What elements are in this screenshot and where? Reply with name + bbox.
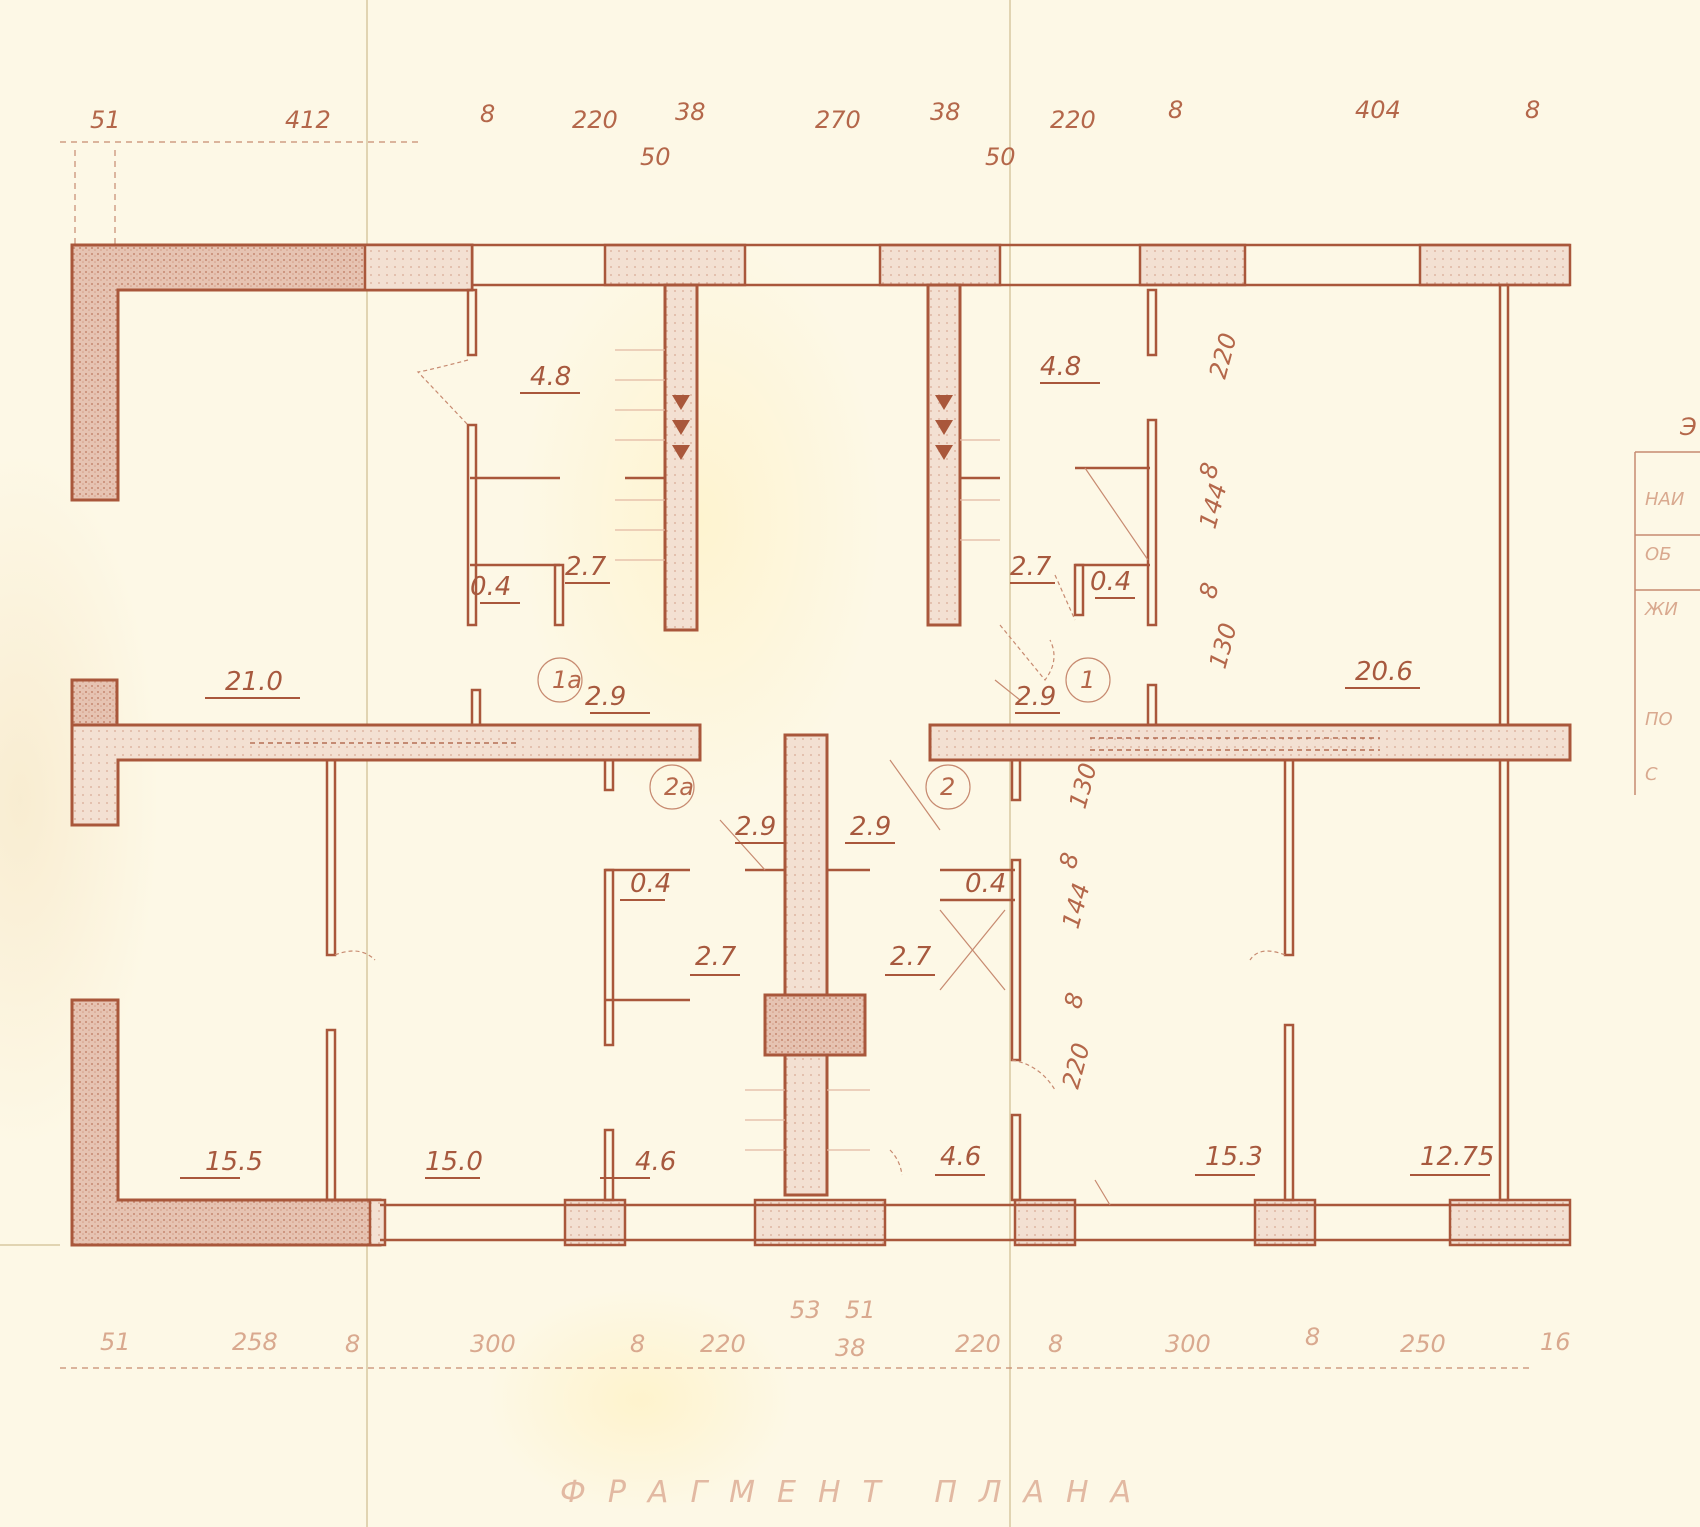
- legend-header: Э: [1679, 413, 1697, 441]
- room-area-label: 0.4: [630, 869, 671, 899]
- dimension-label: 8: [480, 100, 495, 128]
- room-area-label: 4.6: [940, 1142, 981, 1172]
- room-area-label: 15.0: [425, 1147, 483, 1177]
- dimension-label: 50: [640, 143, 671, 171]
- dimension-label: 220: [1204, 330, 1243, 381]
- legend-row: С: [1645, 764, 1658, 785]
- dimension-label: 8: [1305, 1323, 1320, 1351]
- room-area-label: 2.9: [585, 682, 626, 712]
- dimension-label: 144: [1057, 880, 1096, 931]
- apartment-number: 2: [940, 773, 955, 801]
- dimension-label: 8: [1059, 990, 1090, 1012]
- room-area-label: 15.5: [205, 1147, 263, 1177]
- dimension-label: 300: [1165, 1330, 1211, 1358]
- dimension-label: 50: [985, 143, 1016, 171]
- dimension-label: 8: [1048, 1330, 1063, 1358]
- dimension-label: 51: [845, 1296, 876, 1324]
- dimension-label: 38: [835, 1334, 866, 1362]
- room-area-label: 0.4: [965, 869, 1006, 899]
- dimension-label: 8: [630, 1330, 645, 1358]
- dimension-label: 404: [1355, 96, 1401, 124]
- room-area-label: 2.9: [850, 812, 891, 842]
- dimension-label: 250: [1400, 1330, 1446, 1358]
- dimension-label: 51: [90, 106, 121, 134]
- legend-row: ОБ: [1645, 544, 1672, 565]
- dimension-label: 220: [572, 106, 618, 134]
- room-area-label: 2.9: [735, 812, 776, 842]
- room-area-label: 4.8: [530, 362, 571, 392]
- dimension-label: 412: [285, 106, 331, 134]
- room-area-label: 12.75: [1420, 1142, 1494, 1172]
- apartment-number: 2a: [664, 773, 694, 801]
- room-area-label: 15.3: [1205, 1142, 1263, 1172]
- room-area-label: 4.6: [635, 1147, 676, 1177]
- dimension-label: 144: [1194, 480, 1233, 531]
- room-area-label: 2.7: [695, 942, 737, 972]
- room-area-label: 0.4: [470, 572, 511, 602]
- dimension-label: 130: [1064, 760, 1103, 811]
- legend-row: НАИ: [1645, 489, 1684, 510]
- drawing-title: ФРАГМЕНТ ПЛАНА: [560, 1475, 1153, 1510]
- legend-table-rows: ЭНАИОБЖИПОС: [1644, 413, 1697, 785]
- dimension-label: 270: [815, 106, 861, 134]
- dimension-label: 258: [232, 1328, 278, 1356]
- dimension-label: 53: [790, 1296, 821, 1324]
- room-area-label: 4.8: [1040, 352, 1081, 382]
- dimension-label: 8: [1194, 460, 1225, 482]
- dimension-label: 8: [1194, 580, 1225, 602]
- dimension-label: 8: [345, 1330, 360, 1358]
- dimension-label: 8: [1525, 96, 1540, 124]
- floor-plan-drawing: 5141282203850270385022084048 51258830082…: [0, 0, 1700, 1527]
- room-area-label: 2.7: [1010, 552, 1052, 582]
- dimension-label: 130: [1204, 620, 1243, 671]
- room-area-label: 2.9: [1015, 682, 1056, 712]
- bottom-dimension-labels: 51258830082205351382208300825016: [100, 1296, 1571, 1362]
- dimension-label: 16: [1540, 1328, 1571, 1356]
- top-dimension-labels: 5141282203850270385022084048: [90, 96, 1540, 171]
- dimension-label: 8: [1168, 96, 1183, 124]
- dimension-label: 220: [1057, 1040, 1096, 1091]
- room-area-label: 21.0: [225, 667, 283, 697]
- dimension-label: 38: [675, 98, 706, 126]
- blueprint-sheet: 5141282203850270385022084048 51258830082…: [0, 0, 1700, 1527]
- dimension-label: 220: [1050, 106, 1096, 134]
- room-area-label: 2.7: [565, 552, 607, 582]
- room-area-label: 20.6: [1355, 657, 1413, 687]
- flue-markers: [672, 395, 953, 460]
- dimension-label: 220: [955, 1330, 1001, 1358]
- dimension-label: 300: [470, 1330, 516, 1358]
- room-area-label: 2.7: [890, 942, 932, 972]
- dimension-label: 220: [700, 1330, 746, 1358]
- room-area-label: 0.4: [1090, 567, 1131, 597]
- apartment-number: 1: [1080, 666, 1095, 694]
- legend-row: ПО: [1645, 709, 1673, 730]
- dimension-label: 38: [930, 98, 961, 126]
- dimension-label: 51: [100, 1328, 131, 1356]
- dimension-label: 8: [1054, 850, 1085, 872]
- apartment-number: 1a: [552, 666, 582, 694]
- legend-row: ЖИ: [1644, 599, 1678, 620]
- flue-walls: [665, 285, 960, 1195]
